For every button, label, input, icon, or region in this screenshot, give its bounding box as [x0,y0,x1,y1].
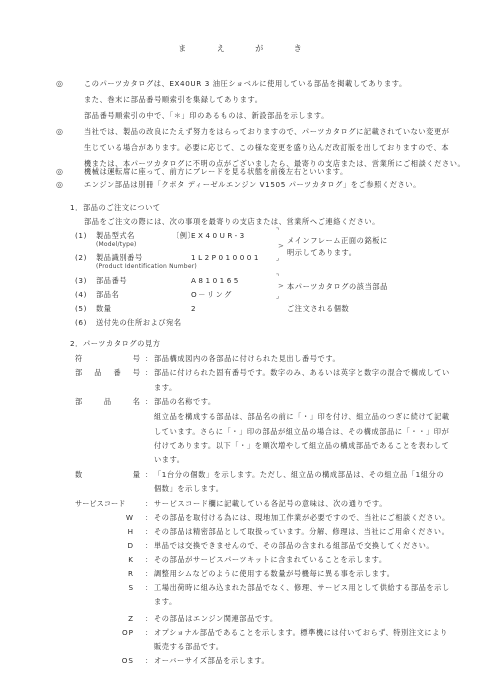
term-colon: ： [145,541,153,551]
row-value: EX40UR-3 [191,231,247,240]
preface-text: 機械は運転席に座って、前方にブレードを見る状態を前後左右といいます。 [84,167,348,177]
bullet-icon: ◎ [56,79,64,88]
preface-text: 当社では、製品の改良にたえず努力をはらっておりますので、パーツカタログに記載され… [84,127,450,137]
row-label: 部品名 [96,290,119,300]
term-colon: ： [145,527,153,537]
service-code: H [118,527,134,536]
service-code: OS [112,656,134,665]
row-sub: (Model/type) [96,241,137,248]
section-heading: 1．部品のご注文について [70,203,161,213]
term-colon: ： [145,354,153,364]
service-desc: 工場出荷時に組み込まれた部品でなく、修理、サービス用として供給する部品を示し [154,583,450,593]
brace-icon: ⌟ [276,292,280,300]
page-title: ま え が き [0,43,494,54]
row-num: (6) [75,318,87,327]
brace-icon: > [278,282,284,290]
service-desc: オプショナル部品であることを示します。標準機には付いておらず、特別注文により [154,628,448,638]
row-label: 数量 [96,304,112,314]
service-code: S [118,583,134,592]
preface-text: また、巻末に部品番号順索引を集録してあります。 [84,95,263,105]
preface-text: このパーツカタログは、EX40UR 3 油圧ショベルに使用している部品を掲載して… [84,79,407,89]
preface-text: 生じている場合があります。必要に応じて、この様な変更を盛り込んだ改訂版を出してお… [84,143,449,153]
term-label: 部 品 名 [75,397,140,407]
term-desc: 部品構成図内の各部品に付けられた見出し番号です。 [154,354,340,364]
section-heading: 2．パーツカタログの見方 [70,339,161,349]
term-colon: ： [145,628,153,638]
service-code: D [118,541,134,550]
term-desc: ます。 [154,383,177,393]
service-desc: オーバーサイズ部品を示します。 [154,656,269,666]
term-colon: ： [145,583,153,593]
section-intro: 部品をご注文の際には、次の事項を最寄りの支店または、営業所へご連絡ください。 [84,217,380,227]
term-colon: ： [145,614,153,624]
service-code: Z [118,614,134,623]
term-colon: ： [145,513,153,523]
term-colon: ： [145,656,153,666]
service-desc: 販売する部品です。 [154,642,224,652]
term-colon: ： [145,499,153,509]
service-desc: その部品がサービスパーツキットに含まれていることを示します。 [154,555,387,565]
term-colon: ： [145,368,153,378]
row-label: 製品型式名 [96,231,135,241]
row-value: A810165 [191,276,241,285]
term-desc: 組立品を構成する部品は、部品名の前に「・」印を付け、組立品のつぎに続けて記載 [154,412,450,422]
term-desc: 部品の名称です。 [154,397,216,407]
term-desc: 「1台分の個数」を示します。ただし、組立品の構成部品は、その組立品「1組分の [154,470,444,480]
row-label: 製品識別番号 [96,253,143,263]
row-num: (5) [75,304,87,313]
service-desc: 調整用シムなどのように使用する数量が号機毎に異る事を示します。 [154,569,395,579]
service-desc: その部品は精密部品として取扱っています。分解、修理は、当社にご用命ください。 [154,527,449,537]
term-label: サービスコード [75,499,140,509]
brace-icon: > [278,242,284,250]
bullet-icon: ◎ [56,127,64,136]
row-value: 1L2P010001 [191,253,261,262]
row-value: O－リング [191,290,233,300]
service-desc: ます。 [154,597,177,607]
term-label: 数 量 [75,470,140,480]
service-code: R [118,569,134,578]
note-frame-line2: 明示してあります。 [287,248,357,258]
term-desc: しています。さらに「・」印の部品が組立品の場合は、その構成部品に「・・」印が [154,427,449,437]
service-desc: 単品では交換できませんので、その部品の含まれる組部品で交換してください。 [154,541,434,551]
row-label: 送付先の住所および宛名 [96,318,182,328]
preface-text: エンジン部品は別冊「クボタ ディーゼルエンジン V1505 パーツカタログ」をご… [84,180,421,190]
row-num: (1) [75,231,87,240]
term-label: 部 品 番 号 [75,368,140,378]
term-colon: ： [145,555,153,565]
term-colon: ： [145,569,153,579]
term-colon: ： [145,470,153,480]
brace-icon: ⌝ [276,227,280,235]
row-sub: (Product Identification Number) [96,263,197,270]
term-desc: 個数」を示します。 [154,484,224,494]
note-quantity: ご注文される個数 [287,304,349,314]
service-desc: その部品はエンジン関連部品です。 [154,614,278,624]
bullet-icon: ◎ [56,180,64,189]
brace-icon: ⌟ [276,254,280,262]
preface-text: 部品番号順索引の中で、「＊」印のあるものは、新設部品を示します。 [84,111,329,121]
term-desc: います。 [154,455,185,465]
term-desc: 部品に付けられた固有番号です。数字のみ、あるいは英字と数字の混合で構成してい [154,368,450,378]
service-code: K [118,555,134,564]
note-catalog: 本パーツカタログの該当部品 [287,282,388,292]
row-label: 部品番号 [96,276,127,286]
brace-icon: ⌝ [276,273,280,281]
service-code: W [118,513,134,522]
term-label: 符 号 [75,354,140,364]
row-num: (2) [75,253,87,262]
term-desc: サービスコード欄に記載している各記号の意味は、次の通りです。 [154,499,387,509]
service-desc: その部品を取付ける為には、現地加工作業が必要ですので、当社にご相談ください。 [154,513,450,523]
row-num: (3) [75,276,87,285]
row-value: 2 [191,304,196,313]
bullet-icon: ◎ [56,167,64,176]
term-desc: 付けてあります。以下「・」を順次増やして組立品の構成部品であることを表わして [154,441,449,451]
note-frame-line1: メインフレーム正面の銘板に [287,236,388,246]
term-colon: ： [145,397,153,407]
service-code: OP [112,628,134,637]
row-num: (4) [75,290,87,299]
